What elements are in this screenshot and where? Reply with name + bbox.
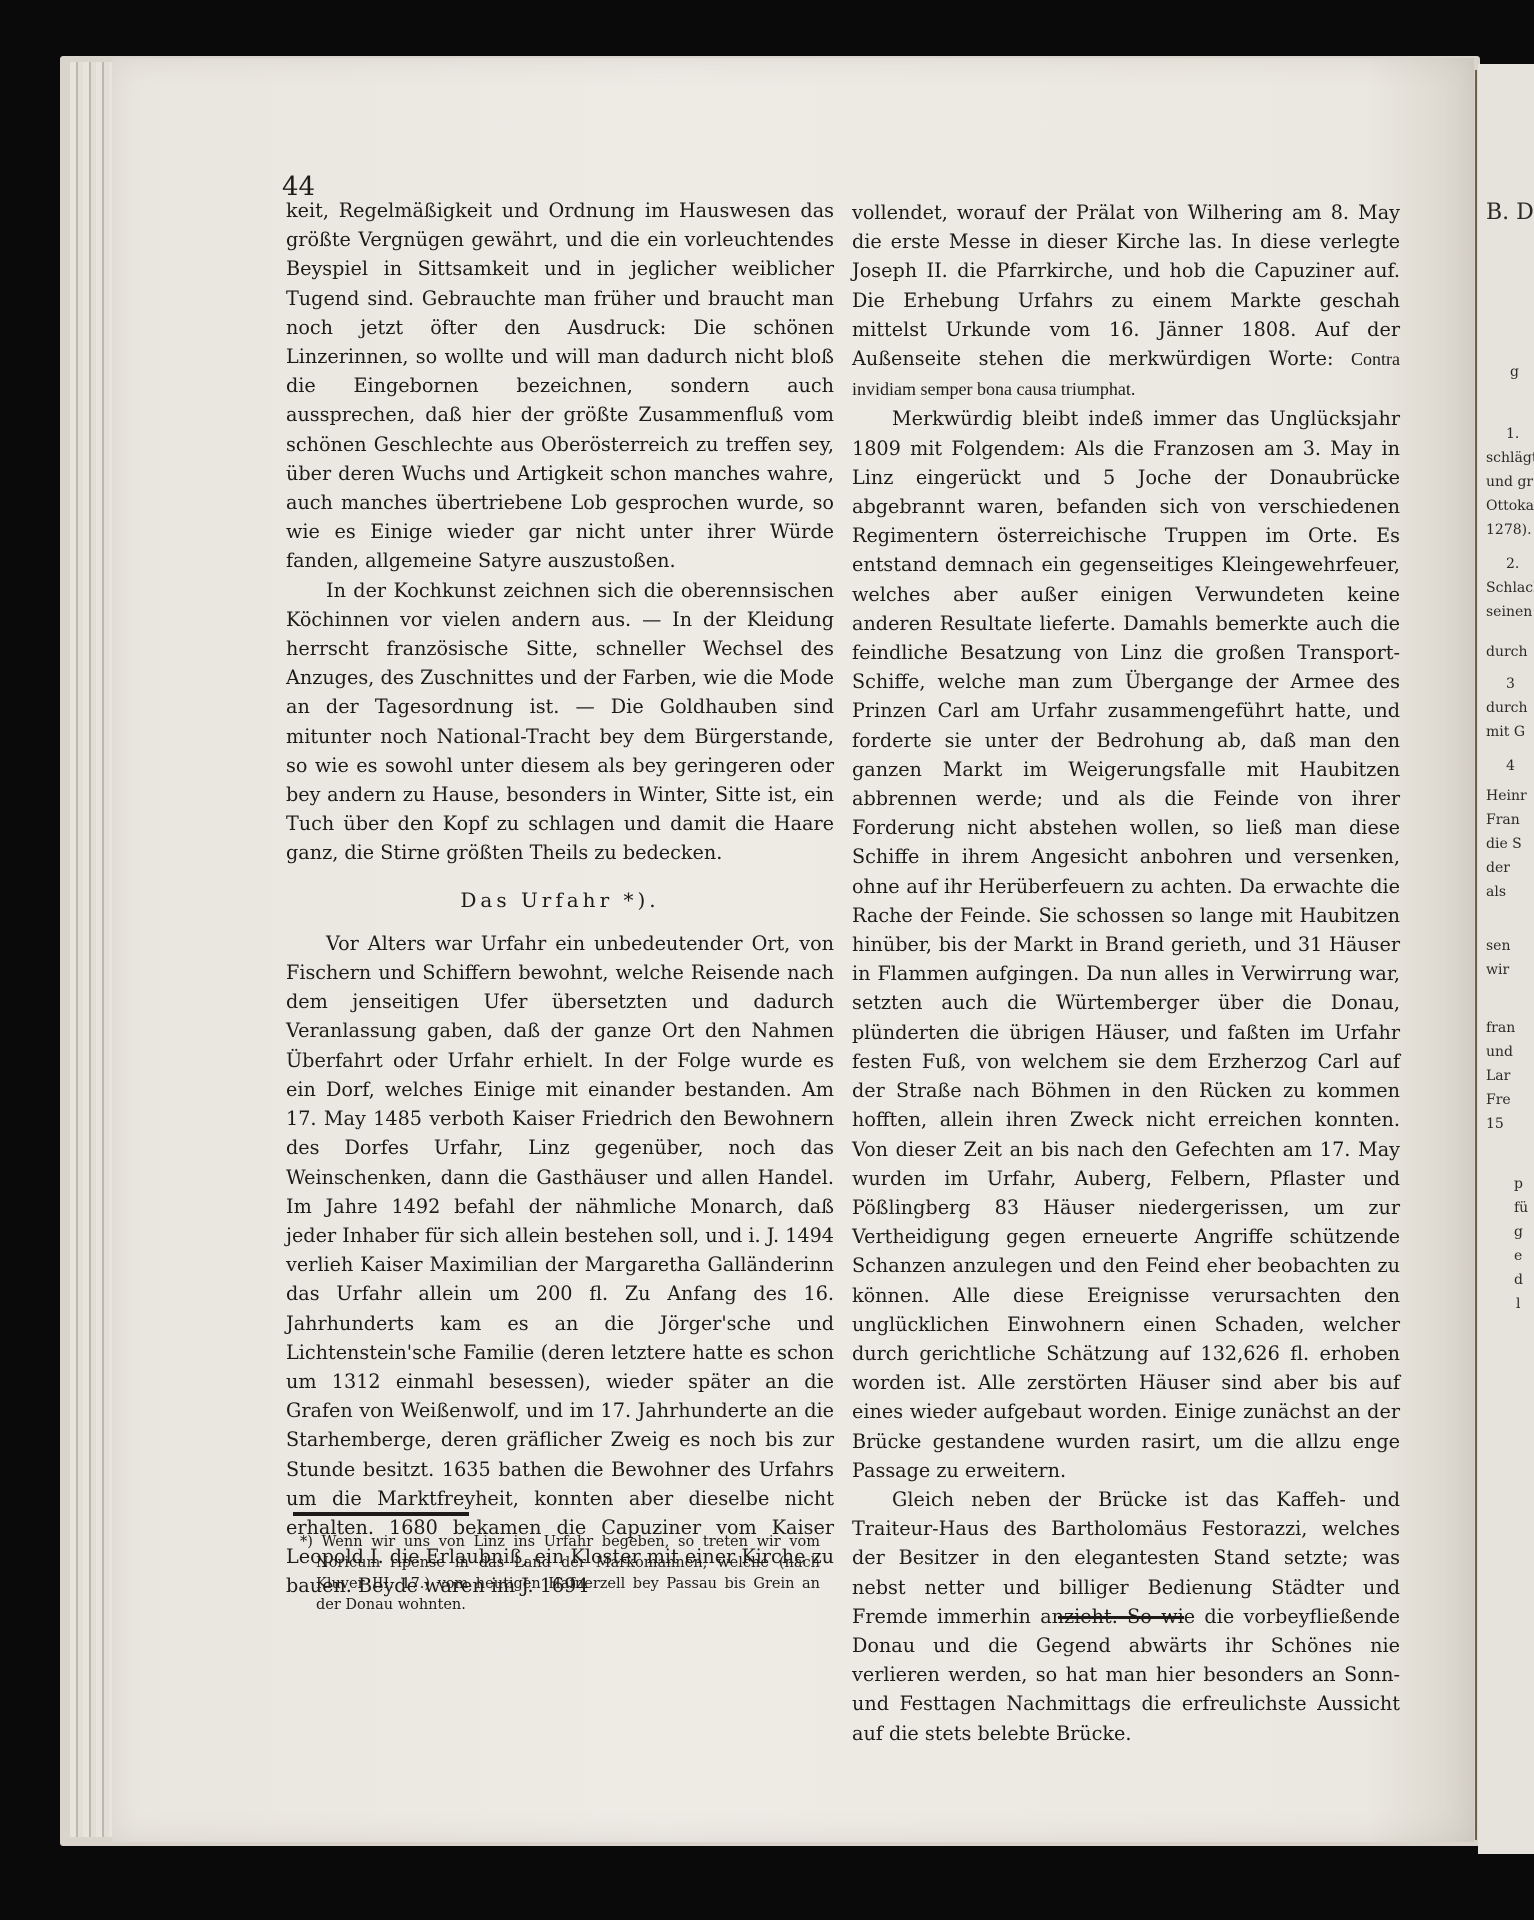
footnote-text: *) Wenn wir uns von Linz ins Urfahr bege… xyxy=(300,1532,820,1616)
next-page-line: d xyxy=(1514,1272,1523,1288)
gutter-fold xyxy=(1475,70,1477,1840)
next-page-line: mit G xyxy=(1486,724,1525,740)
next-page-line: g xyxy=(1510,364,1519,380)
next-page-line: durch xyxy=(1486,700,1528,716)
next-page-line: und xyxy=(1486,1044,1513,1060)
next-page-line: sen xyxy=(1486,938,1511,954)
next-page-line: wir xyxy=(1486,962,1509,978)
next-page-line: p xyxy=(1514,1176,1523,1192)
paragraph: Merkwürdig bleibt indeß immer das Unglüc… xyxy=(852,404,1400,1485)
next-page-line: Heinr xyxy=(1486,788,1527,804)
next-page-fragment: B. De g 1. schlägt und gr Ottokar 1278).… xyxy=(1478,64,1534,1854)
next-page-line: durch xyxy=(1486,644,1528,660)
next-page-line: e xyxy=(1514,1248,1522,1264)
left-column: keit, Regelmäßigkeit und Ordnung im Haus… xyxy=(286,196,834,1601)
paragraph: vollendet, worauf der Prälat von Wilheri… xyxy=(852,198,1400,404)
next-page-line: Lar xyxy=(1486,1068,1510,1084)
next-page-line: 3 xyxy=(1506,676,1515,692)
next-page-line: 15 xyxy=(1486,1116,1504,1132)
next-page-line: fran xyxy=(1486,1020,1515,1036)
paragraph: Vor Alters war Urfahr ein unbedeutender … xyxy=(286,929,834,1601)
footnote: *) Wenn wir uns von Linz ins Urfahr bege… xyxy=(300,1532,820,1616)
next-page-line: g xyxy=(1514,1224,1523,1240)
section-heading: Das Urfahr *). xyxy=(286,886,834,915)
right-column: vollendet, worauf der Prälat von Wilheri… xyxy=(852,198,1400,1748)
paragraph: In der Kochkunst zeichnen sich die obere… xyxy=(286,576,834,868)
paragraph-text: vollendet, worauf der Prälat von Wilheri… xyxy=(852,201,1400,370)
next-page-line: 2. xyxy=(1506,556,1519,572)
next-page-line: als xyxy=(1486,884,1506,900)
next-page-line: 1278). xyxy=(1486,522,1532,538)
next-page-line: der xyxy=(1486,860,1510,876)
end-ornament-rule xyxy=(1058,1616,1184,1619)
next-page-line: seinen xyxy=(1486,604,1532,620)
next-page-line: l xyxy=(1516,1296,1520,1312)
footnote-divider xyxy=(293,1512,469,1516)
next-page-line: 4 xyxy=(1506,758,1515,774)
next-page-line: Fre xyxy=(1486,1092,1511,1108)
paragraph: keit, Regelmäßigkeit und Ordnung im Haus… xyxy=(286,196,834,576)
next-page-line: schlägt xyxy=(1486,450,1534,466)
next-page-line: und gr xyxy=(1486,474,1533,490)
next-page-line: Schlach xyxy=(1486,580,1534,596)
next-page-line: Ottokar xyxy=(1486,498,1534,514)
next-page-line: die S xyxy=(1486,836,1522,852)
next-page-line: 1. xyxy=(1506,426,1519,442)
next-page-heading: B. De xyxy=(1486,200,1534,225)
next-page-line: Fran xyxy=(1486,812,1520,828)
next-page-line: fü xyxy=(1514,1200,1528,1216)
